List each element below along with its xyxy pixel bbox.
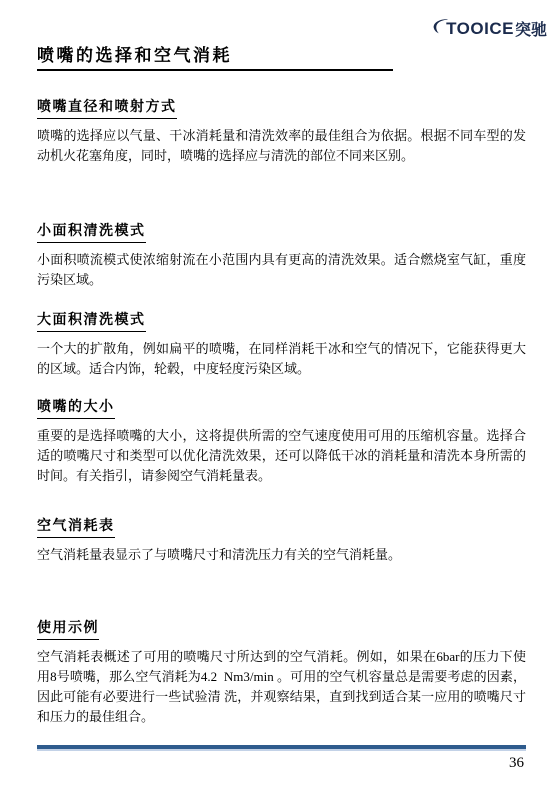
- section-heading: 喷嘴的大小: [37, 399, 526, 419]
- section-heading-text: 喷嘴的大小: [37, 399, 115, 419]
- section-heading: 使用示例: [37, 620, 526, 640]
- section-body: 空气消耗量表显示了与喷嘴尺寸和清洗压力有关的空气消耗量。: [37, 545, 526, 565]
- section-heading: 喷嘴直径和喷射方式: [37, 99, 526, 119]
- page-title: 喷嘴的选择和空气消耗: [37, 46, 393, 71]
- section-large-area-mode: 大面积清洗模式 一个大的扩散角，例如扁平的喷嘴，在同样消耗干冰和空气的情况下，它…: [37, 312, 526, 379]
- section-body: 小面积喷流模式使浓缩射流在小范围内具有更高的清洗效果。适合燃烧室气缸，重度污染区…: [37, 250, 526, 290]
- section-body: 喷嘴的选择应以气量、干冰消耗量和清洗效率的最佳组合为依据。根据不同车型的发动机火…: [37, 126, 526, 166]
- section-heading-text: 大面积清洗模式: [37, 312, 146, 332]
- section-air-consumption-table: 空气消耗表 空气消耗量表显示了与喷嘴尺寸和清洗压力有关的空气消耗量。: [37, 518, 526, 565]
- section-heading-text: 使用示例: [37, 620, 99, 640]
- section-heading: 空气消耗表: [37, 518, 526, 538]
- section-heading: 大面积清洗模式: [37, 312, 526, 332]
- section-heading-text: 空气消耗表: [37, 518, 115, 538]
- section-usage-example: 使用示例 空气消耗表概述了可用的喷嘴尺寸所达到的空气消耗。例如，如果在6bar的…: [37, 620, 526, 727]
- section-heading: 小面积清洗模式: [37, 223, 526, 243]
- page-number: 36: [509, 755, 524, 772]
- footer-divider-bar: [37, 745, 526, 751]
- section-heading-text: 喷嘴直径和喷射方式: [37, 99, 177, 119]
- section-heading-text: 小面积清洗模式: [37, 223, 146, 243]
- section-small-area-mode: 小面积清洗模式 小面积喷流模式使浓缩射流在小范围内具有更高的清洗效果。适合燃烧室…: [37, 223, 526, 290]
- section-nozzle-size: 喷嘴的大小 重要的是选择喷嘴的大小，这将提供所需的空气速度使用可用的压缩机容量。…: [37, 399, 526, 486]
- document-page: TOOICE 突驰 喷嘴的选择和空气消耗 喷嘴直径和喷射方式 喷嘴的选择应以气量…: [0, 0, 560, 794]
- section-nozzle-diameter: 喷嘴直径和喷射方式 喷嘴的选择应以气量、干冰消耗量和清洗效率的最佳组合为依据。根…: [37, 99, 526, 166]
- section-body: 重要的是选择喷嘴的大小，这将提供所需的空气速度使用可用的压缩机容量。选择合适的喷…: [37, 426, 526, 486]
- section-body: 一个大的扩散角，例如扁平的喷嘴，在同样消耗干冰和空气的情况下，它能获得更大的区域…: [37, 339, 526, 379]
- section-body: 空气消耗表概述了可用的喷嘴尺寸所达到的空气消耗。例如，如果在6bar的压力下使用…: [37, 647, 526, 727]
